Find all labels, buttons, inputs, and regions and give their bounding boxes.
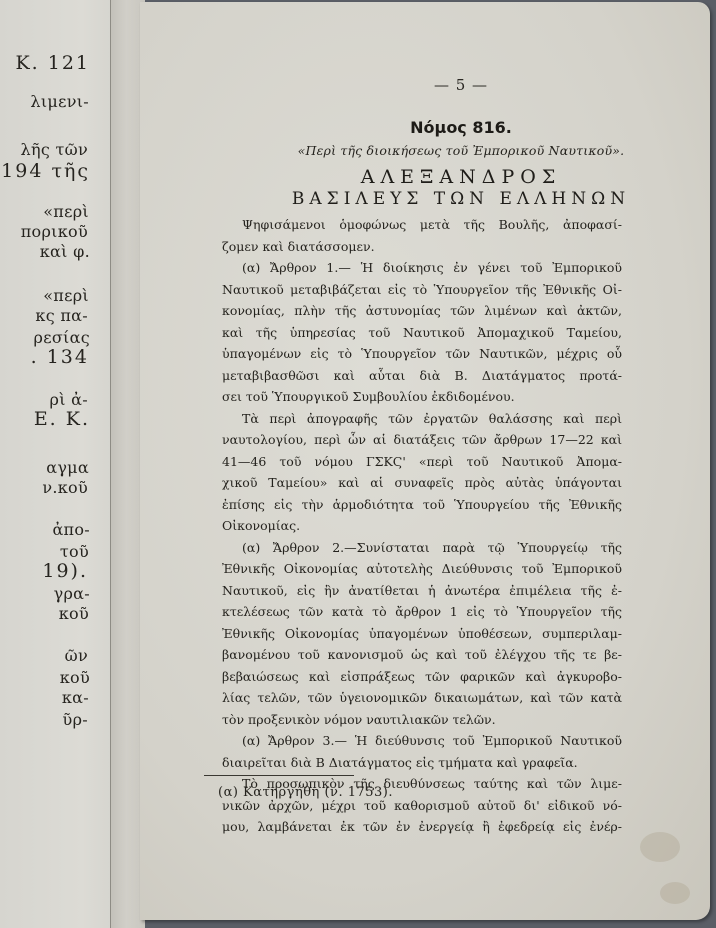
text-line: Οἰκονομίας.	[222, 515, 622, 537]
text-line: λίας τελῶν, τῶν ὑγειονομικῶν δικαιωμάτων…	[222, 687, 622, 709]
text-line: καὶ τῆς ὑπηρεσίας τοῦ Ναυτικοῦ Ἀπομαχικο…	[222, 322, 622, 344]
text-line: διαιρεῖται διὰ Β Διατάγματος εἰς τμήματα…	[222, 752, 622, 774]
page-stain	[640, 832, 680, 862]
left-page-text-fragment: γρα-	[54, 584, 90, 603]
law-subtitle: «Περὶ τῆς διοικήσεως τοῦ Ἐμπορικοῦ Ναυτι…	[230, 143, 692, 158]
king-name-heading: ΑΛΕΞΑΝΔΡΟΣ	[230, 166, 692, 188]
left-page-text-fragment: ῦρ-	[63, 710, 88, 729]
text-line: (α) Ἄρθρον 1.— Ἡ διοίκησις ἐν γένει τοῦ …	[222, 257, 622, 279]
left-page-text-fragment: κα-	[62, 688, 89, 707]
king-title-heading: ΒΑΣΙΛΕΥΣ ΤΩΝ ΕΛΛΗΝΩΝ	[230, 189, 692, 209]
left-page-text-fragment: 194 τῆς	[1, 160, 90, 182]
left-page-text-fragment: 19).	[42, 560, 88, 582]
left-page-text-fragment: πορικοῦ	[21, 222, 88, 241]
text-line: Ἐθνικῆς Οἰκονομίας αὐτοτελὴς Διεύθυνσις …	[222, 558, 622, 580]
left-page-text-fragment: ν.κοῦ	[42, 478, 88, 497]
text-line: ναυτολογίου, περὶ ὧν αἱ διατάξεις τῶν ἄρ…	[222, 429, 622, 451]
left-page-text-fragment: αγμα	[46, 458, 89, 477]
left-page-text-fragment: κς πα-	[35, 306, 88, 325]
left-page-text-fragment: λῆς τῶν	[21, 140, 89, 159]
text-line: Ψηφισάμενοι ὁμοφώνως μετὰ τῆς Βουλῆς, ἀπ…	[222, 214, 622, 236]
text-line: κονομίας, πλὴν τῆς ἀστυνομίας τῶν λιμένω…	[222, 300, 622, 322]
page-number: — 5 —	[230, 76, 692, 94]
text-line: Ἐθνικῆς Οἰκονομίας ὑπαγομένων ὑποθέσεων,…	[222, 623, 622, 645]
left-page-text-fragment: κοῦ	[59, 604, 89, 623]
text-line: μου, λαμβάνεται ἐκ τῶν ἐν ἐνεργείᾳ ἢ ἐφε…	[222, 816, 622, 838]
right-page: — 5 — Νόμος 816. «Περὶ τῆς διοικήσεως το…	[140, 2, 710, 920]
text-line: (α) Ἄρθρον 3.— Ἡ διεύθυνσις τοῦ Ἐμπορικο…	[222, 730, 622, 752]
left-page-text-fragment: «περὶ	[43, 286, 89, 305]
book-spread-photo: Κ. 121λιμενι-λῆς τῶν194 τῆς«περὶπορικοῦκ…	[0, 0, 716, 928]
left-page-text-fragment: ῶν	[65, 646, 88, 665]
footnote-divider	[204, 775, 354, 776]
left-page-text-fragment: καὶ φ.	[40, 242, 90, 261]
text-line: ἐπίσης εἰς τὴν ἁρμοδιότητα τοῦ Ὑπουργείο…	[222, 494, 622, 516]
text-line: ὑπαγομένων εἰς τὸ Ὑπουργεῖον τῶν Ναυτικῶ…	[222, 343, 622, 365]
text-line: 41—46 τοῦ νόμου ΓΣΚϚ' «περὶ τοῦ Ναυτικοῦ…	[222, 451, 622, 473]
law-body-text: Ψηφισάμενοι ὁμοφώνως μετὰ τῆς Βουλῆς, ἀπ…	[222, 214, 622, 838]
law-title: Νόμος 816.	[230, 118, 692, 137]
left-page-text-fragment: ρεσίας	[34, 328, 90, 347]
text-line: μεταβιβασθῶσι καὶ αὗται διὰ Β. Διατάγματ…	[222, 365, 622, 387]
left-page-text-fragment: λιμενι-	[30, 92, 89, 111]
left-page-text-fragment: Κ. 121	[15, 52, 90, 74]
text-line: ζομεν καὶ διατάσσομεν.	[222, 236, 622, 258]
text-line: βανομένου τοῦ κανονισμοῦ ὡς καὶ τοῦ ἐλέγ…	[222, 644, 622, 666]
text-line: κτελέσεως τῶν κατὰ τὸ ἄρθρον 1 εἰς τὸ Ὑπ…	[222, 601, 622, 623]
text-line: χικοῦ Ταμείου» καὶ αἱ συναφεῖς πρὸς αὐτὰ…	[222, 472, 622, 494]
footnote: (α) Κατηργήθη (ν. 1753).	[218, 785, 393, 800]
text-line: βεβαιώσεως καὶ εἰσπράξεως τῶν φαρικῶν κα…	[222, 666, 622, 688]
text-line: Ναυτικοῦ μεταβιβάζεται εἰς τὸ Ὑπουργεῖον…	[222, 279, 622, 301]
left-page-text-fragment: . 134	[31, 346, 89, 368]
text-line: Ναυτικοῦ, εἰς ἣν ἀνατίθεται ἡ ἀνωτέρα ἐπ…	[222, 580, 622, 602]
left-page-text-fragment: τοῦ	[60, 542, 89, 561]
left-page-text-fragment: Ε. Κ.	[34, 408, 90, 430]
left-page-text-fragment: ρὶ ἀ-	[50, 390, 88, 409]
text-line: σει τοῦ Ὑπουργικοῦ Συμβουλίου ἐκδιδομένο…	[222, 386, 622, 408]
left-page-text-fragment: ἀπο-	[52, 520, 90, 539]
page-stain	[660, 882, 690, 904]
text-line: (α) Ἄρθρον 2.—Συνίσταται παρὰ τῷ Ὑπουργε…	[222, 537, 622, 559]
text-line: τὸν προξενικὸν νόμον ναυτιλιακῶν τελῶν.	[222, 709, 622, 731]
left-page-text-fragment: «περὶ	[43, 202, 89, 221]
text-line: Τὰ περὶ ἀπογραφῆς τῶν ἐργατῶν θαλάσσης κ…	[222, 408, 622, 430]
left-page-text-fragment: κοῦ	[60, 668, 90, 687]
